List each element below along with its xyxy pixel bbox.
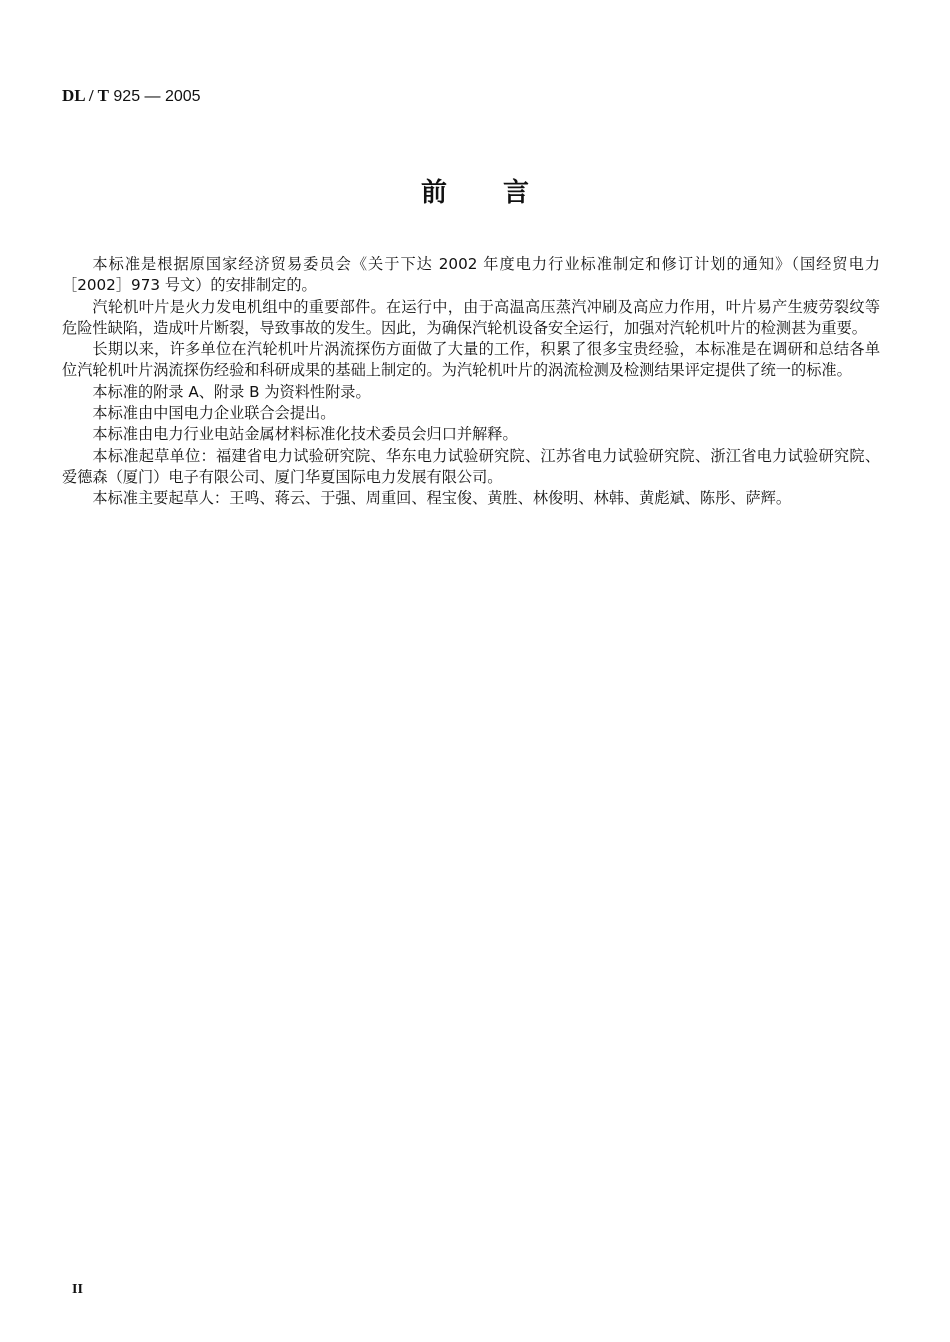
- page-title: 前言: [0, 172, 950, 209]
- paragraph-proposer: 本标准由中国电力企业联合会提出。: [62, 403, 880, 424]
- standard-code-number: 925 — 2005: [113, 88, 200, 105]
- standard-code-header: DL / T 925 — 2005: [62, 86, 201, 106]
- paragraph-appendix: 本标准的附录 A、附录 B 为资料性附录。: [62, 382, 880, 403]
- standard-code-prefix: DL / T: [62, 86, 109, 105]
- foreword-body: 本标准是根据原国家经济贸易委员会《关于下达 2002 年度电力行业标准制定和修订…: [62, 254, 880, 510]
- page-title-char-1: 前: [421, 172, 447, 209]
- paragraph-background: 长期以来，许多单位在汽轮机叶片涡流探伤方面做了大量的工作，积累了很多宝贵经验，本…: [62, 339, 880, 382]
- paragraph-interpretation: 本标准由电力行业电站金属材料标准化技术委员会归口并解释。: [62, 424, 880, 445]
- paragraph-drafting-units: 本标准起草单位：福建省电力试验研究院、华东电力试验研究院、江苏省电力试验研究院、…: [62, 446, 880, 489]
- page-number: II: [72, 1282, 83, 1298]
- paragraph-basis: 本标准是根据原国家经济贸易委员会《关于下达 2002 年度电力行业标准制定和修订…: [62, 254, 880, 297]
- paragraph-drafters: 本标准主要起草人：王鸣、蒋云、于强、周重回、程宝俊、黄胜、林俊明、林韩、黄彪斌、…: [62, 488, 880, 509]
- paragraph-importance: 汽轮机叶片是火力发电机组中的重要部件。在运行中，由于高温高压蒸汽冲刷及高应力作用…: [62, 297, 880, 340]
- page-title-char-2: 言: [503, 172, 529, 209]
